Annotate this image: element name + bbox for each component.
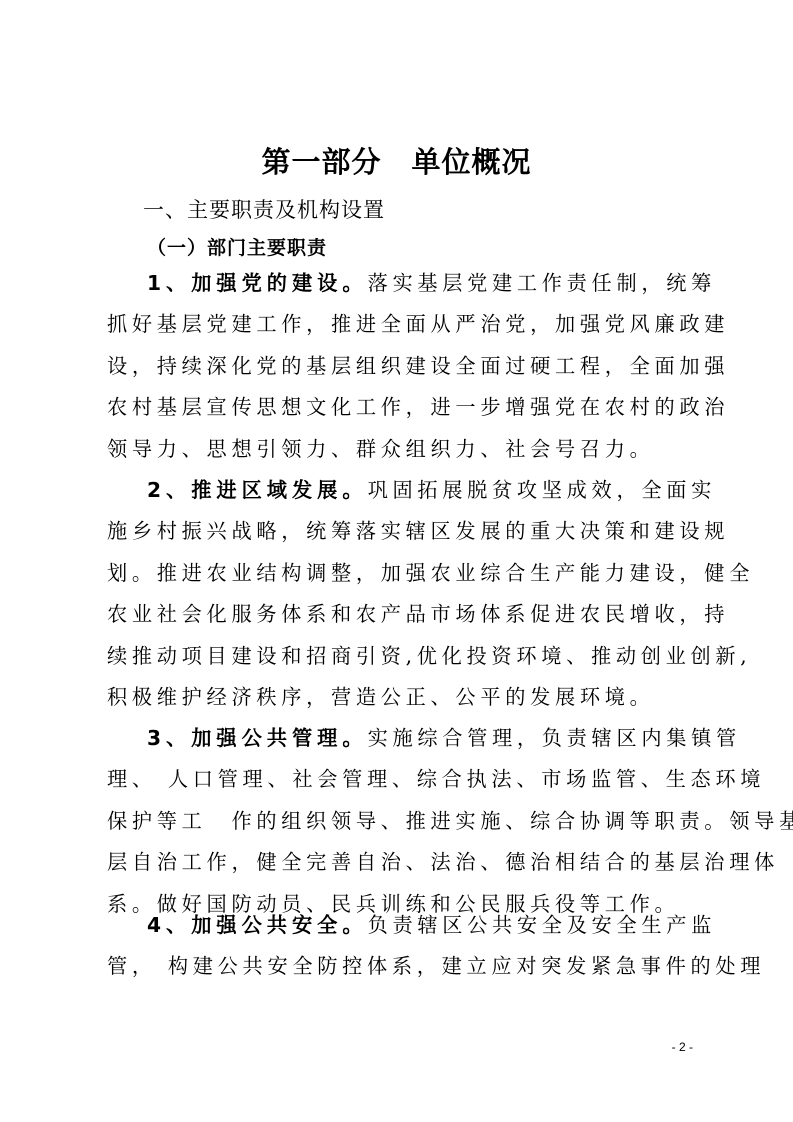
subsection-heading: （一）部门主要职责 bbox=[147, 228, 327, 268]
paragraph-lead: 4、加强公共安全。 bbox=[147, 913, 368, 937]
paragraph-public-management: 3、加强公共管理。实施综合管理，负责辖区内集镇管 理、 人口管理、社会管理、综合… bbox=[107, 718, 691, 925]
paragraph-line: 施乡村振兴战略，统筹落实辖区发展的重大决策和建设规 bbox=[107, 511, 691, 552]
paragraph-line: 领导力、思想引领力、群众组织力、社会号召力。 bbox=[107, 429, 691, 470]
paragraph-lead: 3、加强公共管理。 bbox=[147, 726, 368, 750]
paragraph-party-building: 1、加强党的建设。落实基层党建工作责任制，统筹 抓好基层党建工作，推进全面从严治… bbox=[107, 263, 691, 470]
page-title: 第一部分单位概况 bbox=[0, 140, 793, 184]
section-heading: 一、主要职责及机构设置 bbox=[143, 190, 385, 230]
paragraph-text: 巩固拓展脱贫攻坚成效，全面实 bbox=[368, 478, 716, 502]
paragraph-line: 管， 构建公共安全防控体系，建立应对突发紧急事件的处理 bbox=[107, 946, 691, 987]
paragraph-line: 续推动项目建设和招商引资,优化投资环境、推动创业创新, bbox=[107, 636, 691, 677]
paragraph-line: 抓好基层党建工作，推进全面从严治党，加强党风廉政建 bbox=[107, 304, 691, 345]
paragraph-line: 2、推进区域发展。巩固拓展脱贫攻坚成效，全面实 bbox=[107, 470, 691, 511]
page-number: - 2 - bbox=[672, 1040, 693, 1054]
title-part: 第一部分 bbox=[261, 145, 381, 179]
paragraph-public-safety: 4、加强公共安全。负责辖区公共安全及安全生产监 管， 构建公共安全防控体系，建立… bbox=[107, 905, 691, 988]
document-page: 第一部分单位概况 一、主要职责及机构设置 （一）部门主要职责 1、加强党的建设。… bbox=[0, 0, 793, 1122]
paragraph-line: 3、加强公共管理。实施综合管理，负责辖区内集镇管 bbox=[107, 718, 691, 759]
paragraph-line: 设，持续深化党的基层组织建设全面过硬工程，全面加强 bbox=[107, 346, 691, 387]
paragraph-line: 层自治工作，健全完善自治、法治、德治相结合的基层治理体 bbox=[107, 842, 691, 883]
paragraph-lead: 1、加强党的建设。 bbox=[147, 271, 368, 295]
paragraph-text: 实施综合管理，负责辖区内集镇管 bbox=[368, 726, 741, 750]
paragraph-line: 保护等工 作的组织领导、推进实施、综合协调等职责。领导基 bbox=[107, 801, 691, 842]
paragraph-line: 农村基层宣传思想文化工作，进一步增强党在农村的政治 bbox=[107, 387, 691, 428]
title-name: 单位概况 bbox=[412, 145, 532, 179]
paragraph-lead: 2、推进区域发展。 bbox=[147, 478, 368, 502]
paragraph-line: 积极维护经济秩序，营造公正、公平的发展环境。 bbox=[107, 677, 691, 718]
paragraph-line: 农业社会化服务体系和农产品市场体系促进农民增收，持 bbox=[107, 594, 691, 635]
paragraph-line: 1、加强党的建设。落实基层党建工作责任制，统筹 bbox=[107, 263, 691, 304]
paragraph-line: 划。推进农业结构调整，加强农业综合生产能力建设，健全 bbox=[107, 553, 691, 594]
paragraph-text: 落实基层党建工作责任制，统筹 bbox=[368, 271, 716, 295]
paragraph-line: 理、 人口管理、社会管理、综合执法、市场监管、生态环境 bbox=[107, 759, 691, 800]
paragraph-regional-development: 2、推进区域发展。巩固拓展脱贫攻坚成效，全面实 施乡村振兴战略，统筹落实辖区发展… bbox=[107, 470, 691, 718]
paragraph-line: 4、加强公共安全。负责辖区公共安全及安全生产监 bbox=[107, 905, 691, 946]
paragraph-text: 负责辖区公共安全及安全生产监 bbox=[368, 913, 716, 937]
